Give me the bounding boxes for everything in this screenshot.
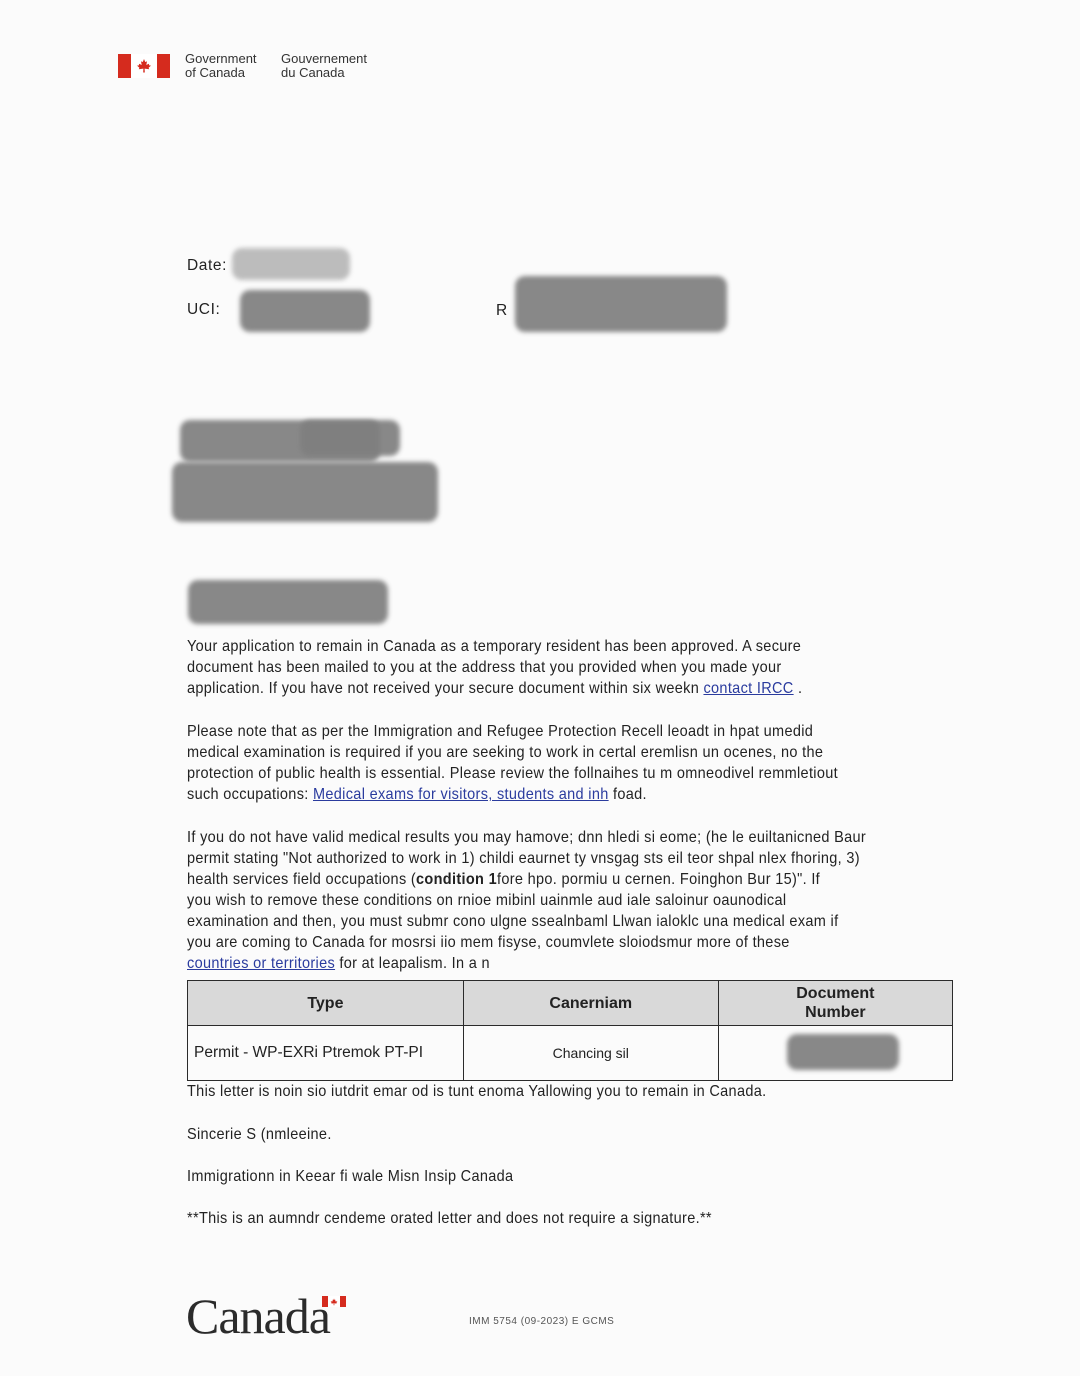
permit-table: Type Canerniam Document Number Permit - …	[187, 980, 953, 1081]
name-redaction-2	[300, 420, 400, 456]
p3-line: you are coming to Canada for mosrsi iio …	[187, 932, 954, 953]
p3-line: countries or territories for at leapalis…	[187, 953, 954, 974]
reference-redaction	[515, 276, 727, 332]
canada-wordmark: Canada	[186, 1288, 330, 1344]
p1-end: .	[794, 680, 803, 697]
gov-fr-line2: du Canada	[281, 66, 367, 80]
closing-line: This letter is noin sio iutdrit emar od …	[187, 1081, 954, 1102]
table-header-row: Type Canerniam Document Number	[188, 981, 953, 1026]
p2-line: Please note that as per the Immigration …	[187, 721, 954, 742]
government-of-canada-fr: Gouvernement du Canada	[281, 52, 367, 80]
gov-en-line1: Government	[185, 52, 257, 66]
approval-paragraph: Your application to remain in Canada as …	[187, 636, 954, 699]
auto-generated-note: **This is an aumndr cendeme orated lette…	[187, 1208, 954, 1229]
contact-ircc-link[interactable]: contact IRCC	[703, 680, 793, 697]
gov-en-line2: of Canada	[185, 66, 257, 80]
p2-lead: such occupations:	[187, 786, 313, 803]
p1-line: Your application to remain in Canada as …	[187, 636, 954, 657]
condition-bold: condition 1	[416, 871, 497, 888]
uci-label: UCI:	[187, 301, 220, 319]
p2-line: medical examination is required if you a…	[187, 742, 954, 763]
p3-line: examination and then, you must submr con…	[187, 911, 954, 932]
reference-label: R	[496, 302, 508, 320]
p2-end: foad.	[609, 786, 647, 803]
p3-line: If you do not have valid medical results…	[187, 827, 954, 848]
wordmark-flag-icon	[322, 1296, 346, 1307]
medical-exams-link[interactable]: Medical exams for visitors, students and…	[313, 786, 609, 803]
conditions-paragraph: If you do not have valid medical results…	[187, 827, 954, 974]
p2-line: such occupations: Medical exams for visi…	[187, 784, 954, 805]
header-document-number: Document Number	[718, 981, 952, 1026]
government-of-canada-en: Government of Canada	[185, 52, 257, 80]
cell-condition: Chancing sil	[463, 1026, 718, 1081]
address-redaction	[172, 462, 438, 522]
signoff: Immigrationn in Keear fi wale Misn Insip…	[187, 1166, 954, 1187]
p1-line: application. If you have not received yo…	[187, 678, 954, 699]
p3-line: health services field occupations (condi…	[187, 869, 954, 890]
p1-text: application. If you have not received yo…	[187, 680, 703, 697]
countries-territories-link[interactable]: countries or territories	[187, 955, 335, 972]
date-label: Date:	[187, 257, 227, 275]
p1-line: document has been mailed to you at the a…	[187, 657, 954, 678]
form-code: IMM 5754 (09-2023) E GCMS	[469, 1316, 614, 1327]
header-document-number-text: Document Number	[785, 984, 885, 1022]
p3-line: permit stating "Not authorized to work i…	[187, 848, 954, 869]
p2-line: protection of public health is essential…	[187, 763, 954, 784]
header-condition: Canerniam	[463, 981, 718, 1026]
table-row: Permit - WP-EXRi Ptremok PT-PI Chancing …	[188, 1026, 953, 1081]
header-type: Type	[188, 981, 464, 1026]
sincerely: Sincerie S (nmleeine.	[187, 1124, 954, 1145]
p3-line: you wish to remove these conditions on r…	[187, 890, 954, 911]
document-number-redaction	[787, 1034, 899, 1070]
canada-flag-icon	[118, 54, 170, 78]
salutation-redaction	[188, 580, 388, 624]
p3-end: for at leapalism. In a n	[335, 955, 490, 972]
medical-exam-paragraph: Please note that as per the Immigration …	[187, 721, 954, 805]
date-redaction	[232, 248, 350, 280]
uci-redaction	[240, 290, 370, 332]
cell-document-number	[718, 1026, 952, 1081]
gov-fr-line1: Gouvernement	[281, 52, 367, 66]
cell-type: Permit - WP-EXRi Ptremok PT-PI	[188, 1026, 464, 1081]
p3-rest: fore hpo. pormiu u cernen. Foinghon Bur …	[497, 871, 820, 888]
p3-lead: health services field occupations (	[187, 871, 416, 888]
